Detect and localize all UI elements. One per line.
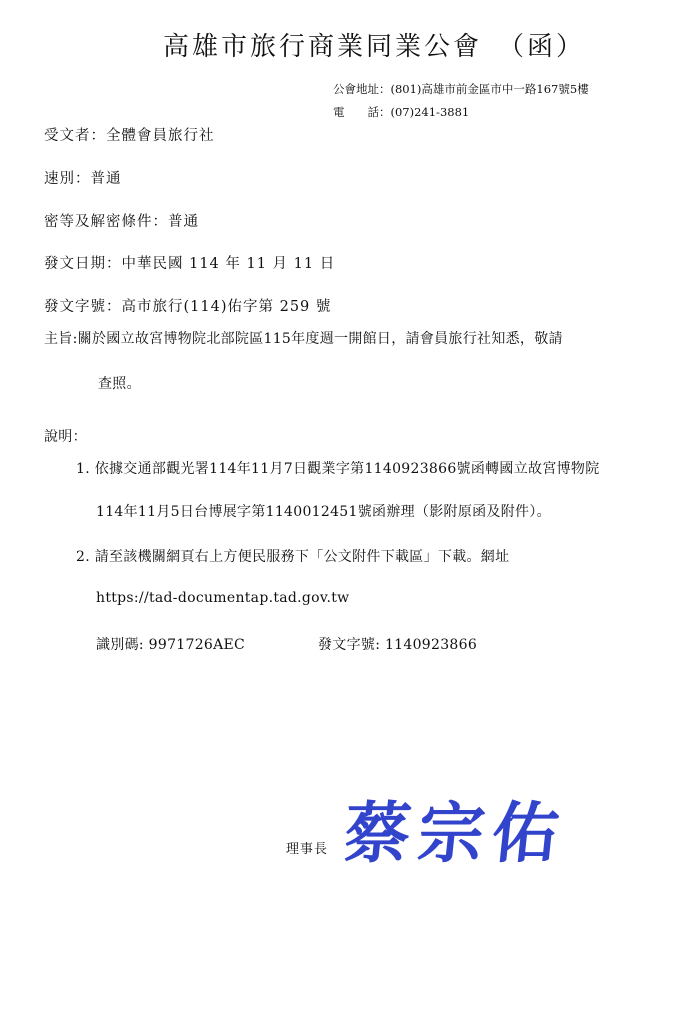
chairman-title: 理事長 (286, 838, 328, 857)
subject-line-2: 查照。 (98, 373, 141, 393)
explanation-item-1-line-1: 1. 依據交通部觀光署114年11月7日觀業字第1140923866號函轉國立故… (76, 458, 600, 478)
download-url: https://tad-documentap.tad.gov.tw (96, 590, 349, 606)
explanation-heading: 說明： (44, 426, 87, 446)
issue-date-field: 發文日期：中華民國 114 年 11 月 11 日 (44, 252, 335, 273)
identification-code: 識別碼: 9971726AEC (96, 634, 245, 654)
explanation-item-2-line-1: 2. 請至該機關網頁右上方便民服務下「公文附件下載區」下載。網址 (76, 546, 509, 566)
explanation-item-1-line-2: 114年11月5日台博展字第1140012451號函辦理（影附原函及附件）。 (96, 501, 551, 521)
confidentiality-field: 密等及解密條件：普通 (44, 210, 199, 231)
chairman-signature: 蔡宗佑 (340, 780, 572, 875)
reference-doc-number: 發文字號: 1140923866 (318, 634, 477, 654)
speed-field: 速別：普通 (44, 167, 122, 188)
association-address: 公會地址：(801)高雄市前金區市中一路167號5樓 (333, 81, 589, 97)
association-phone: 電 話：(07)241-3881 (333, 104, 469, 120)
doc-number-field: 發文字號：高市旅行(114)佑字第 259 號 (44, 295, 331, 316)
recipient-field: 受文者：全體會員旅行社 (44, 124, 215, 145)
subject-line-1: 主旨:關於國立故宮博物院北部院區115年度週一開館日，請會員旅行社知悉，敬請 (44, 328, 563, 348)
document-title: 高雄市旅行商業同業公會 （函） (163, 26, 585, 63)
